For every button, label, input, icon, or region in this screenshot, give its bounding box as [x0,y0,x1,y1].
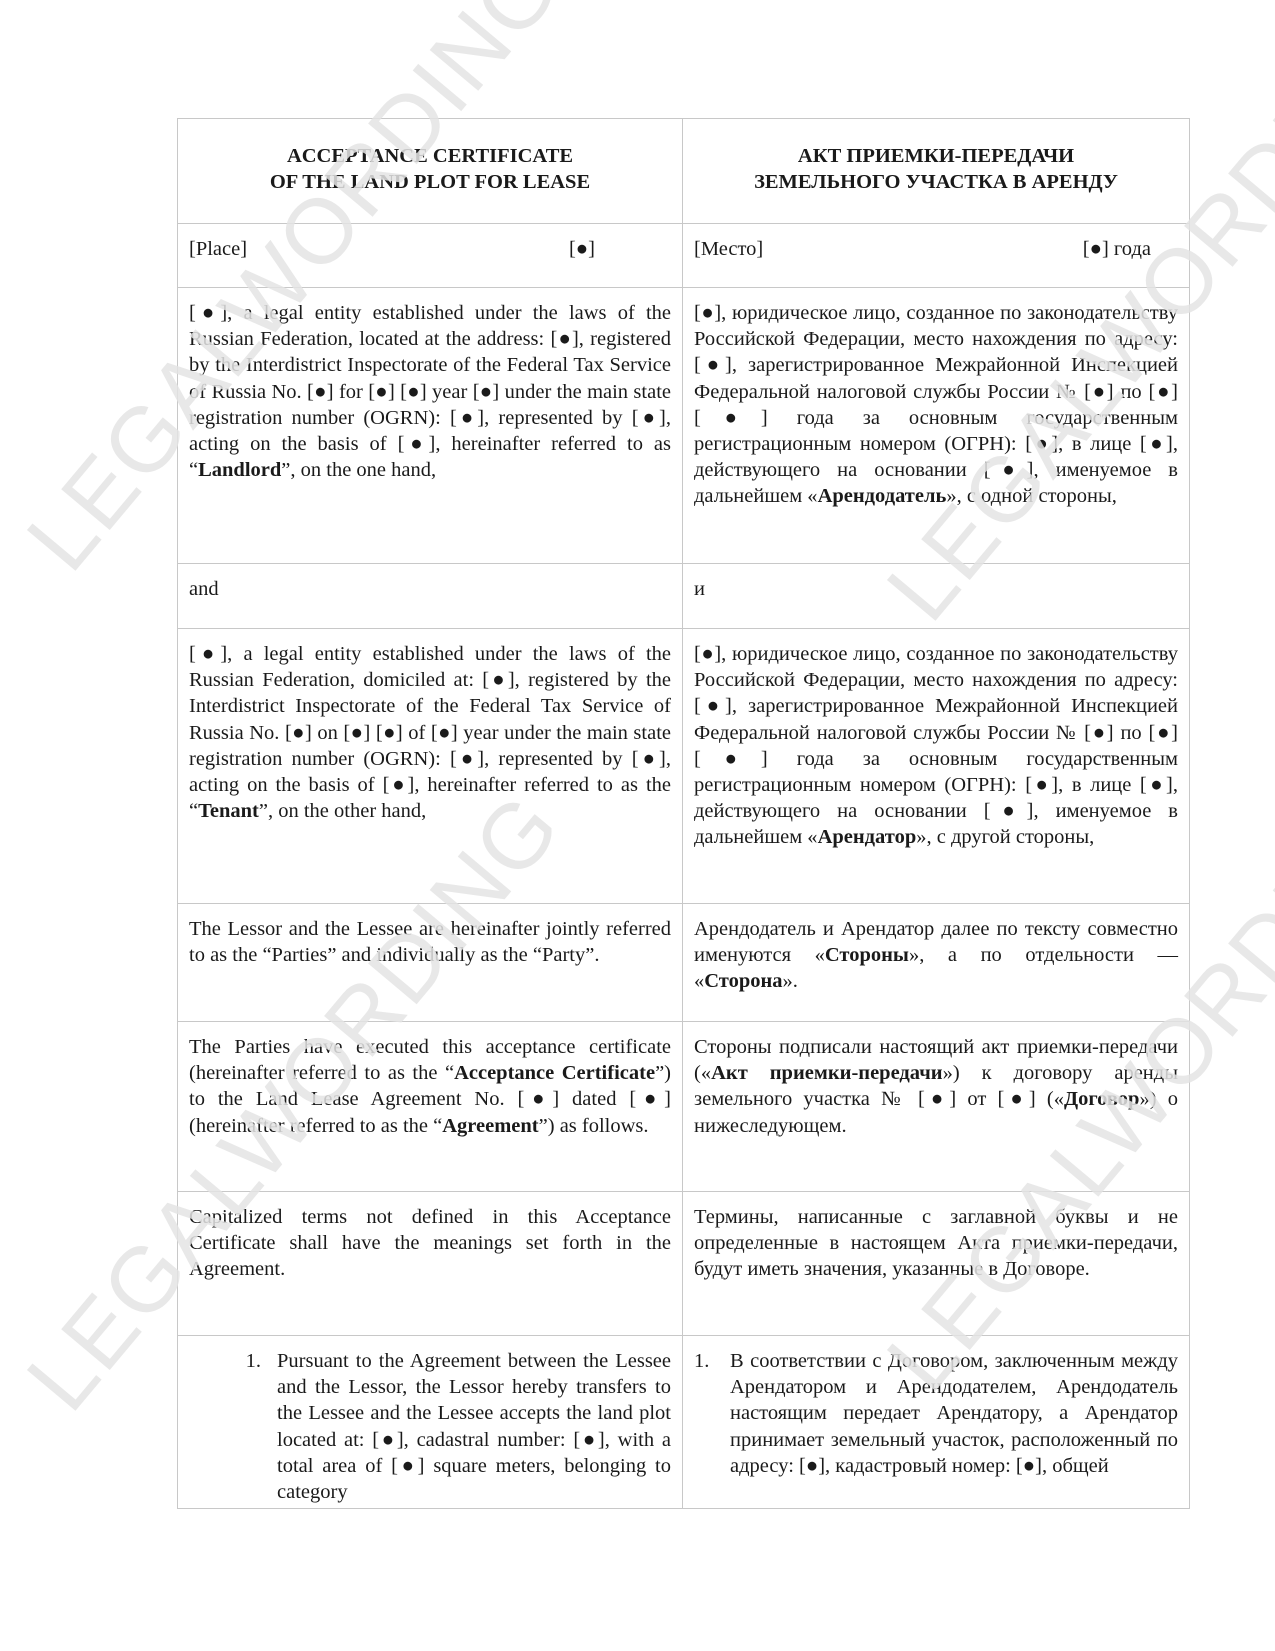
defined-term: Сторона [704,970,782,992]
landlord-row: [●], a legal entity established under th… [178,288,1190,564]
english-title: ACCEPTANCE CERTIFICATE OF THE LAND PLOT … [178,119,683,224]
english-title-line-1: ACCEPTANCE CERTIFICATE [189,143,671,169]
english-tenant-clause: [●], a legal entity established under th… [178,629,683,904]
list-text: В соответствии с Договором, заключенным … [716,1348,1178,1479]
place-placeholder: [Место] [694,236,763,262]
list-number: 1. [694,1348,716,1479]
bilingual-document-table: ACCEPTANCE CERTIFICATE OF THE LAND PLOT … [177,118,1190,1509]
numbered-list-item: 1. В соответствии с Договором, заключенн… [694,1348,1178,1479]
conjunction-row: and и [178,564,1190,629]
english-title-line-2: OF THE LAND PLOT FOR LEASE [189,169,671,195]
russian-parties-definition: Арендодатель и Арендатор далее по тексту… [683,904,1190,1022]
place-date-row: [Place] [●] [Место] [●] года [178,224,1190,288]
defined-term: Agreement [442,1115,538,1137]
defined-term: Landlord [198,459,281,481]
defined-term: Договор [1064,1088,1139,1110]
place-placeholder: [Place] [189,236,247,262]
english-landlord-clause: [●], a legal entity established under th… [178,288,683,564]
russian-capitalized-terms: Термины, написанные с заглавной буквы и … [683,1192,1190,1336]
defined-term: Акт приемки-передачи [711,1062,943,1084]
russian-and: и [683,564,1190,629]
parties-definition-row: The Lessor and the Lessee are hereinafte… [178,904,1190,1022]
english-executed-clause: The Parties have executed this acceptanc… [178,1022,683,1192]
defined-term: Арендодатель [818,485,947,507]
russian-title-line-2: ЗЕМЕЛЬНОГО УЧАСТКА В АРЕНДУ [694,169,1178,195]
executed-row: The Parties have executed this acceptanc… [178,1022,1190,1192]
russian-landlord-clause: [●], юридическое лицо, созданное по зако… [683,288,1190,564]
russian-place-date: [Место] [●] года [683,224,1190,288]
english-and: and [178,564,683,629]
defined-term: Tenant [198,800,259,822]
list-text: Pursuant to the Agreement between the Le… [261,1348,671,1505]
capitalized-terms-row: Capitalized terms not defined in this Ac… [178,1192,1190,1336]
russian-tenant-clause: [●], юридическое лицо, созданное по зако… [683,629,1190,904]
numbered-list-item: 1. Pursuant to the Agreement between the… [189,1348,671,1505]
english-place-date: [Place] [●] [178,224,683,288]
russian-clause-1: 1. В соответствии с Договором, заключенн… [683,1336,1190,1509]
date-placeholder: [●] [569,236,671,262]
tenant-row: [●], a legal entity established under th… [178,629,1190,904]
english-parties-definition: The Lessor and the Lessee are hereinafte… [178,904,683,1022]
defined-term: Стороны [825,944,909,966]
english-capitalized-terms: Capitalized terms not defined in this Ac… [178,1192,683,1336]
defined-term: Арендатор [818,826,917,848]
clause-1-row: 1. Pursuant to the Agreement between the… [178,1336,1190,1509]
title-row: ACCEPTANCE CERTIFICATE OF THE LAND PLOT … [178,119,1190,224]
english-clause-1: 1. Pursuant to the Agreement between the… [178,1336,683,1509]
list-number: 1. [225,1348,261,1505]
defined-term: Acceptance Certificate [454,1062,655,1084]
russian-executed-clause: Стороны подписали настоящий акт приемки-… [683,1022,1190,1192]
russian-title-line-1: АКТ ПРИЕМКИ-ПЕРЕДАЧИ [694,143,1178,169]
date-placeholder: [●] года [1083,236,1178,262]
russian-title: АКТ ПРИЕМКИ-ПЕРЕДАЧИ ЗЕМЕЛЬНОГО УЧАСТКА … [683,119,1190,224]
